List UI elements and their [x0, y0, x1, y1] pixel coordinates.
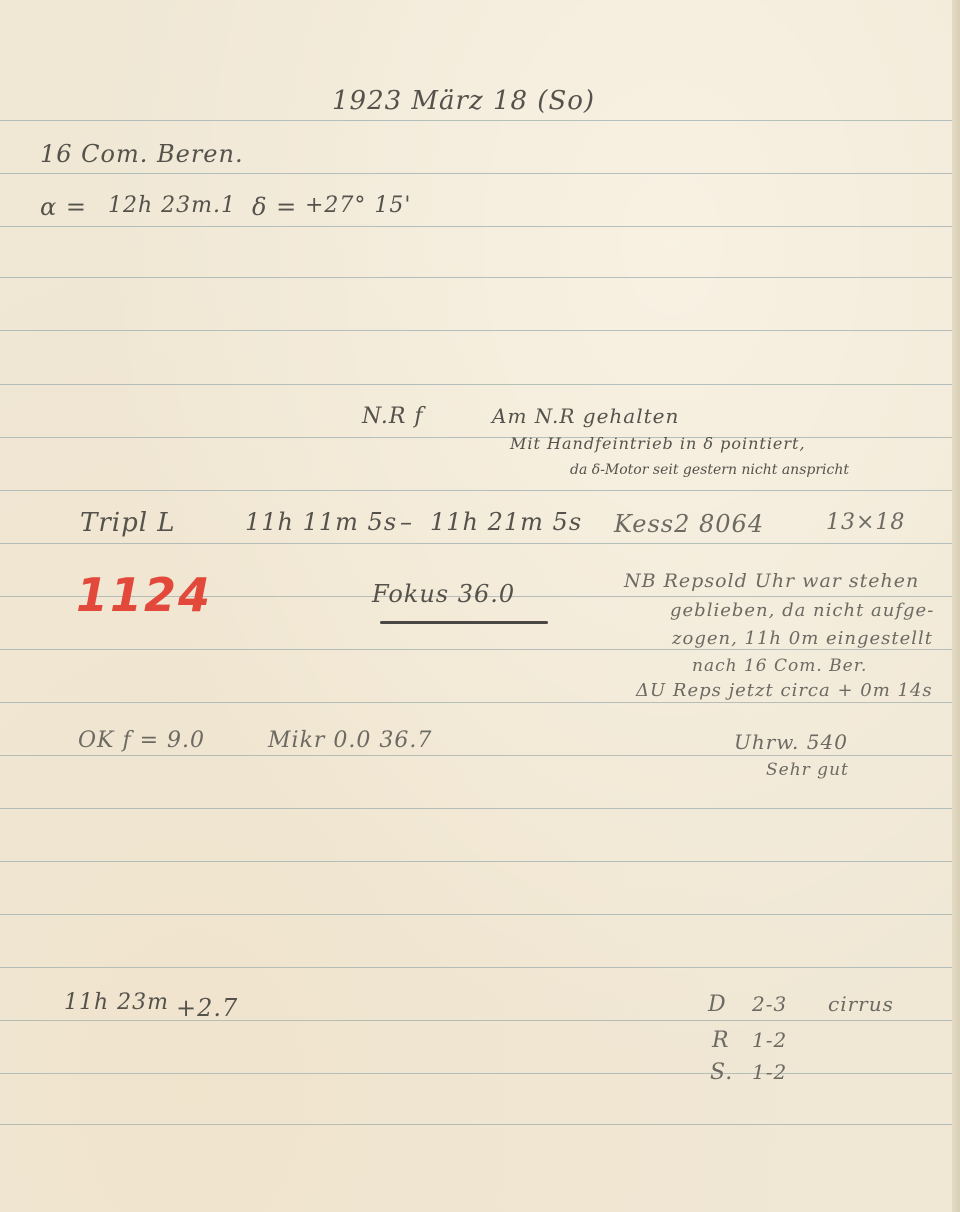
exposure-end-time: 11h 21m 5s: [430, 508, 582, 536]
ruled-line: [0, 1073, 952, 1074]
micrometer-reading: Mikr 0.0 36.7: [268, 728, 432, 753]
ruled-line: [0, 861, 952, 862]
condition-value: 2-3: [752, 992, 787, 1016]
condition-key: R: [712, 1028, 730, 1053]
instrument-label: Tripl L: [80, 508, 176, 538]
condition-key: D: [708, 992, 727, 1017]
final-time: 11h 23m: [64, 990, 169, 1015]
ruled-line: [0, 649, 952, 650]
remark-line-4: nach 16 Com. Ber.: [692, 656, 867, 676]
exposure-dash: –: [400, 508, 413, 536]
right-ascension-label: α =: [40, 193, 87, 221]
ruled-line: [0, 437, 952, 438]
condition-note: cirrus: [828, 992, 894, 1016]
ruled-line: [0, 226, 952, 227]
focus-underline: [380, 621, 548, 624]
object-name: 16 Com. Beren.: [40, 140, 244, 168]
ruled-line: [0, 384, 952, 385]
guiding-note-1: Am N.R gehalten: [492, 404, 679, 428]
ruled-line: [0, 120, 952, 121]
clock-quality: Sehr gut: [766, 760, 849, 780]
ruled-line: [0, 808, 952, 809]
notebook-page: 1923 März 18 (So) 16 Com. Beren. α = 12h…: [0, 0, 960, 1212]
remark-line-2: geblieben, da nicht aufge-: [670, 600, 934, 621]
ruled-line: [0, 755, 952, 756]
entry-date: 1923 März 18 (So): [332, 86, 595, 116]
condition-key: S.: [710, 1060, 733, 1085]
remark-line-5: ΔU Reps jetzt circa + 0m 14s: [636, 680, 933, 701]
ruled-line: [0, 1124, 952, 1125]
declination-value: +27° 15': [305, 193, 411, 218]
page-edge: [952, 0, 960, 1212]
right-ascension-value: 12h 23m.1: [108, 193, 236, 218]
ruled-line: [0, 543, 952, 544]
condition-value: 1-2: [752, 1060, 787, 1084]
ocular-focal-length: OK f = 9.0: [78, 728, 205, 753]
plate-number: 1124: [76, 568, 212, 622]
remark-line-1: NB Repsold Uhr war stehen: [624, 570, 919, 592]
condition-value: 1-2: [752, 1028, 787, 1052]
remark-line-3: zogen, 11h 0m eingestellt: [672, 628, 933, 649]
guiding-note-2: Mit Handfeintrieb in δ pointiert,: [510, 434, 806, 453]
ruled-line: [0, 490, 952, 491]
clock-reading: Uhrw. 540: [734, 730, 848, 754]
focus-value: Fokus 36.0: [372, 580, 515, 608]
plate-id: Kess2 8064: [614, 510, 764, 538]
exposure-start-time: 11h 11m 5s: [245, 508, 397, 536]
plate-size: 13×18: [826, 510, 905, 535]
ruled-line: [0, 914, 952, 915]
ruled-line: [0, 277, 952, 278]
guiding-label: N.R f: [362, 404, 424, 429]
guiding-note-3: da δ-Motor seit gestern nicht anspricht: [570, 462, 849, 478]
ruled-line: [0, 330, 952, 331]
ruled-line: [0, 702, 952, 703]
ruled-line: [0, 173, 952, 174]
ruled-line: [0, 967, 952, 968]
declination-label: δ =: [252, 193, 297, 221]
final-value: +2.7: [176, 994, 238, 1022]
ruled-line: [0, 1020, 952, 1021]
